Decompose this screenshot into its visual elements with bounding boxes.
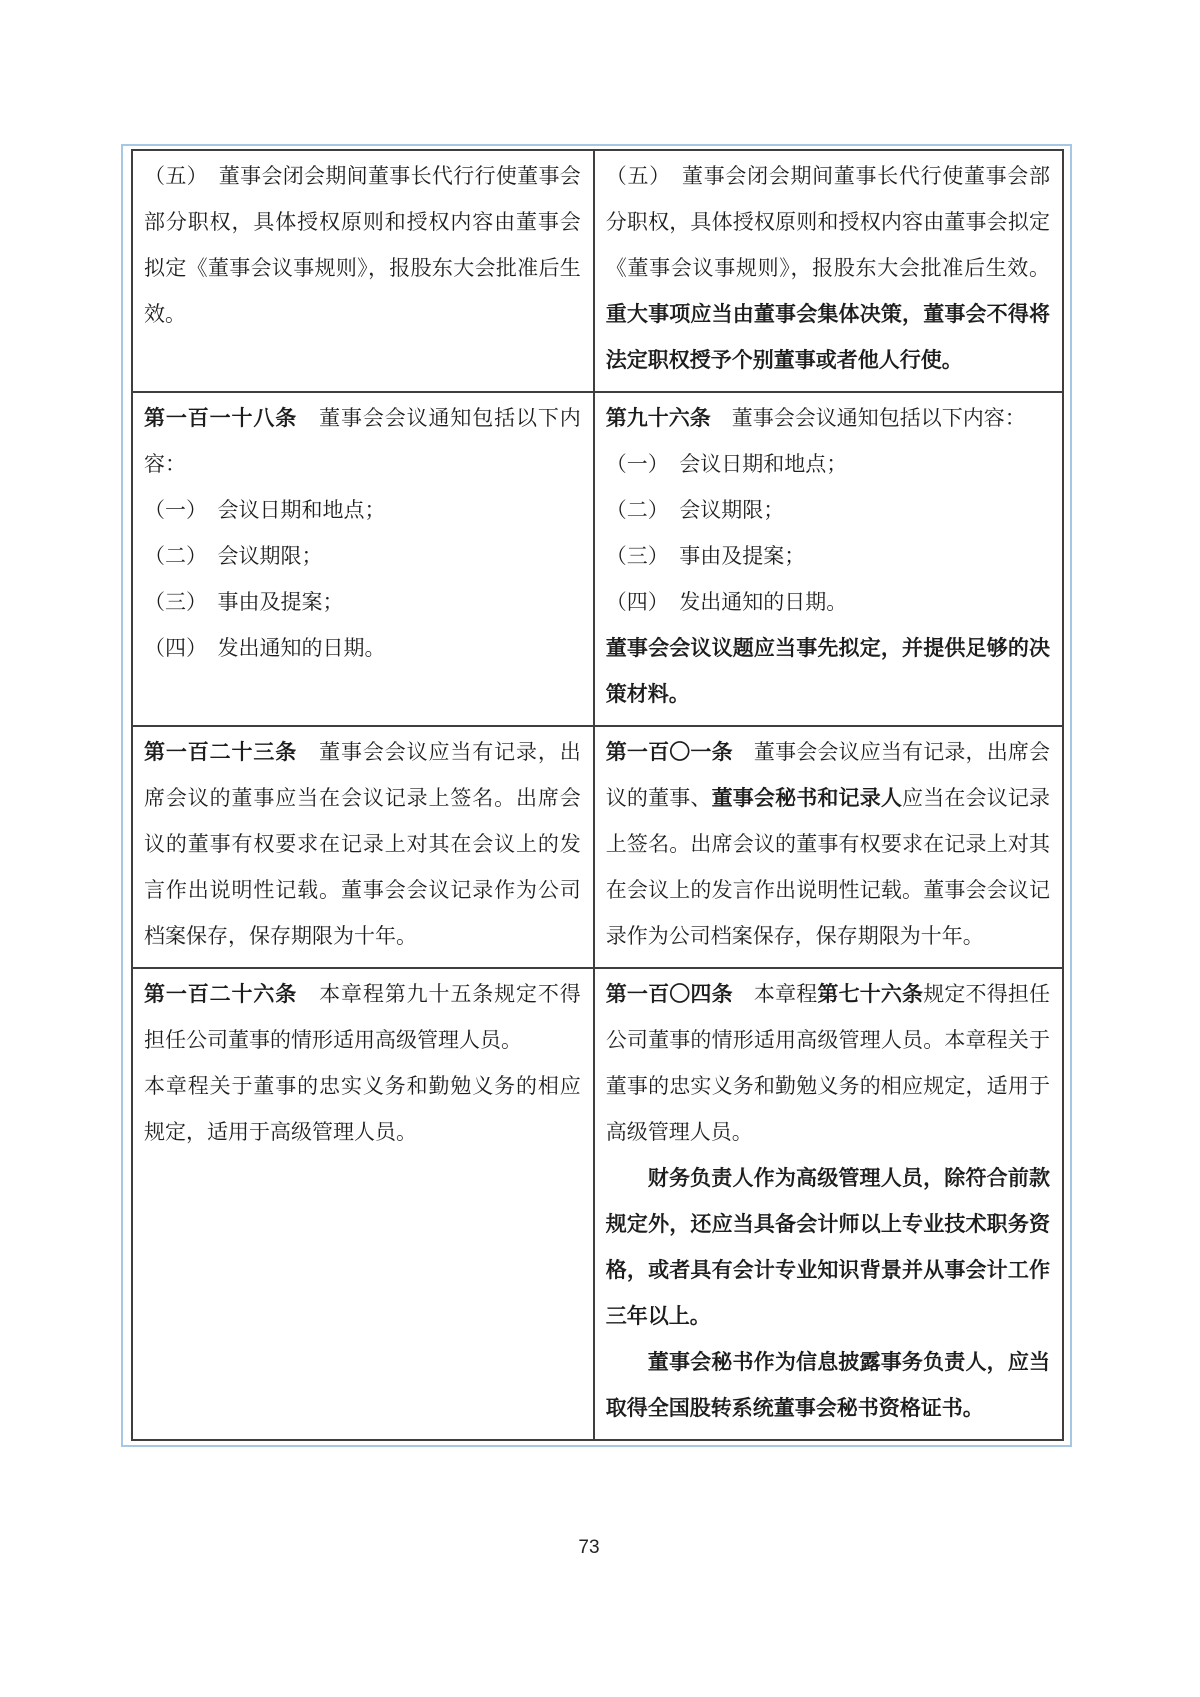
text-run: （四） 发出通知的日期。 [606,590,848,614]
cell-new-article-96: 第九十六条 董事会会议通知包括以下内容： （一） 会议日期和地点； （二） 会议… [594,392,1063,726]
charter-comparison-frame: （五） 董事会闭会期间董事长代行行使董事会部分职权，具体授权原则和授权内容由董事… [121,144,1072,1447]
paragraph: （五） 董事会闭会期间董事长代行行使董事会部分职权，具体授权原则和授权内容由董事… [144,153,581,337]
page-number: 73 [0,1537,1178,1559]
cell-new-article-104: 第一百〇四条 本章程第七十六条规定不得担任公司董事的情形适用高级管理人员。本章程… [594,968,1063,1440]
text-run: 本章程 [733,982,818,1006]
article-number: 第一百〇一条 [606,740,733,764]
table-row: 第一百二十六条 本章程第九十五条规定不得担任公司董事的情形适用高级管理人员。 本… [132,968,1063,1440]
paragraph: 第一百二十三条 董事会会议应当有记录，出席会议的董事应当在会议记录上签名。出席会… [144,729,581,959]
list-item: （一） 会议日期和地点； [606,441,1050,487]
text-run: 董事会会议应当有记录，出席会议的董事应当在会议记录上签名。出席会议的董事有权要求… [144,740,581,948]
cell-old-article-126: 第一百二十六条 本章程第九十五条规定不得担任公司董事的情形适用高级管理人员。 本… [132,968,594,1440]
table-row: 第一百一十八条 董事会会议通知包括以下内容： （一） 会议日期和地点； （二） … [132,392,1063,726]
list-item: （三） 事由及提案； [606,533,1050,579]
cell-new-article-101: 第一百〇一条 董事会会议应当有记录，出席会议的董事、董事会秘书和记录人应当在会议… [594,726,1063,968]
text-run: （五） 董事会闭会期间董事长代行行使董事会部分职权，具体授权原则和授权内容由董事… [144,164,581,326]
emphasis-run: 财务负责人作为高级管理人员，除符合前款规定外，还应当具备会计师以上专业技术职务资… [606,1166,1050,1328]
list-item: （一） 会议日期和地点； [144,487,581,533]
paragraph: 第一百〇四条 本章程第七十六条规定不得担任公司董事的情形适用高级管理人员。本章程… [606,971,1050,1155]
text-run: （二） 会议期限； [144,544,323,568]
list-item: （三） 事由及提案； [144,579,581,625]
cell-old-article-123: 第一百二十三条 董事会会议应当有记录，出席会议的董事应当在会议记录上签名。出席会… [132,726,594,968]
paragraph: 第一百〇一条 董事会会议应当有记录，出席会议的董事、董事会秘书和记录人应当在会议… [606,729,1050,959]
article-number: 第一百一十八条 [144,406,297,430]
paragraph: 第一百一十八条 董事会会议通知包括以下内容： [144,395,581,487]
article-number: 第九十六条 [606,406,711,430]
text-run: （二） 会议期限； [606,498,785,522]
emphasis-run: 第七十六条 [817,982,923,1006]
emphasis-run: 重大事项应当由董事会集体决策，董事会不得将法定职权授予个别董事或者他人行使。 [606,302,1050,372]
text-run: 董事会会议通知包括以下内容： [711,406,1026,430]
emphasis-run: 董事会会议议题应当事先拟定，并提供足够的决策材料。 [606,636,1050,706]
charter-comparison-table: （五） 董事会闭会期间董事长代行行使董事会部分职权，具体授权原则和授权内容由董事… [131,149,1064,1441]
text-run: 应当在会议记录上签名。出席会议的董事有权要求在记录上对其在会议上的发言作出说明性… [606,786,1050,948]
list-item: （二） 会议期限； [606,487,1050,533]
article-number: 第一百〇四条 [606,982,733,1006]
list-item: （四） 发出通知的日期。 [606,579,1050,625]
cell-new-article-5: （五） 董事会闭会期间董事长代行使董事会部分职权，具体授权原则和授权内容由董事会… [594,150,1063,392]
list-item: （二） 会议期限； [144,533,581,579]
text-run: （三） 事由及提案； [606,544,806,568]
emphasis-run: 董事会秘书作为信息披露事务负责人，应当取得全国股转系统董事会秘书资格证书。 [606,1350,1050,1420]
cell-old-article-5: （五） 董事会闭会期间董事长代行行使董事会部分职权，具体授权原则和授权内容由董事… [132,150,594,392]
paragraph: 本章程关于董事的忠实义务和勤勉义务的相应规定，适用于高级管理人员。 [144,1063,581,1155]
text-run: （四） 发出通知的日期。 [144,636,386,660]
table-row: （五） 董事会闭会期间董事长代行行使董事会部分职权，具体授权原则和授权内容由董事… [132,150,1063,392]
text-run: （五） 董事会闭会期间董事长代行使董事会部分职权，具体授权原则和授权内容由董事会… [606,164,1050,280]
paragraph: （五） 董事会闭会期间董事长代行使董事会部分职权，具体授权原则和授权内容由董事会… [606,153,1050,383]
text-run: 本章程关于董事的忠实义务和勤勉义务的相应规定，适用于高级管理人员。 [144,1074,581,1144]
emphasis-run: 董事会秘书和记录人 [712,786,902,810]
paragraph: 第一百二十六条 本章程第九十五条规定不得担任公司董事的情形适用高级管理人员。 [144,971,581,1063]
article-number: 第一百二十三条 [144,740,297,764]
article-number: 第一百二十六条 [144,982,297,1006]
paragraph: 董事会秘书作为信息披露事务负责人，应当取得全国股转系统董事会秘书资格证书。 [606,1339,1050,1431]
paragraph: 财务负责人作为高级管理人员，除符合前款规定外，还应当具备会计师以上专业技术职务资… [606,1155,1050,1339]
cell-old-article-118: 第一百一十八条 董事会会议通知包括以下内容： （一） 会议日期和地点； （二） … [132,392,594,726]
text-run: 规定不得担任公司董事的情形适用高级管理人员。本章程关于董事的忠实义务和勤勉义务的… [606,982,1050,1144]
text-run: （一） 会议日期和地点； [606,452,848,476]
text-run: （三） 事由及提案； [144,590,344,614]
text-run: （一） 会议日期和地点； [144,498,386,522]
list-item: （四） 发出通知的日期。 [144,625,581,671]
paragraph: 董事会会议议题应当事先拟定，并提供足够的决策材料。 [606,625,1050,717]
paragraph: 第九十六条 董事会会议通知包括以下内容： [606,395,1050,441]
table-row: 第一百二十三条 董事会会议应当有记录，出席会议的董事应当在会议记录上签名。出席会… [132,726,1063,968]
